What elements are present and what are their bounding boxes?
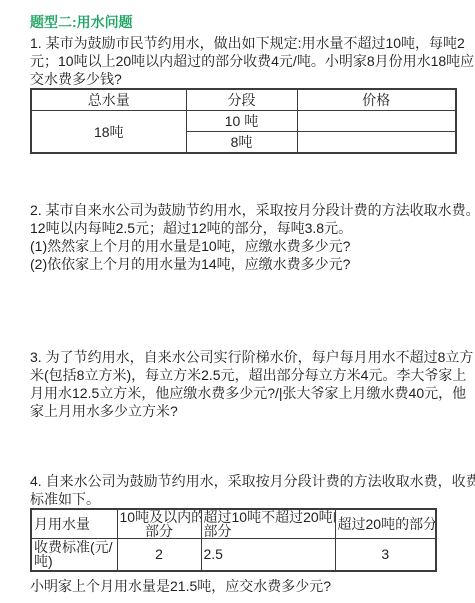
- cell-total-18t: 18吨: [31, 111, 186, 154]
- header-cell-total-water: 总水量: [31, 89, 186, 111]
- problem-3-line-3: 月用水12.5立方米，他应缴水费多少元?/|张大爷家上月缴水费40元，他: [30, 384, 455, 402]
- cell-rate-tier2: 2.5: [201, 539, 335, 571]
- problem-3-text: 3. 为了节约用水，自来水公司实行阶梯水价，每户每月用水不超过8立方 米(包括8…: [30, 348, 455, 420]
- cell-monthly-usage-label: 月用水量: [31, 509, 117, 539]
- cell-tier2-label: 超过10吨不超过20吨的 部分: [201, 509, 335, 539]
- problem-3-line-1: 3. 为了节约用水，自来水公司实行阶梯水价，每户每月用水不超过8立方: [30, 348, 455, 366]
- cell-tier1-label: 10吨及以内的 部分: [117, 509, 201, 539]
- cell-price-empty-1: [297, 111, 456, 132]
- problem-1-water-table: 总水量 分段 价格 18吨 10 吨 8吨: [30, 88, 457, 154]
- rate-table-value-row: 收费标准(元/ 吨) 2 2.5 3: [31, 539, 436, 571]
- worksheet-page: 题型二:用水问题 1. 某市为鼓励市民节约用水，做出如下规定:用水量不超过10吨…: [0, 0, 475, 603]
- cell-segment-10t: 10 吨: [186, 111, 297, 132]
- problem-3-line-2: 米(包括8立方米)，每立方米2.5元，超出部分每立方米4元。李大爷家上: [30, 366, 455, 384]
- problem-4-line-1: 4. 自来水公司为鼓励节约用水，采取按月分段计费的方法收取水费，收费: [30, 472, 455, 490]
- problem-4-question: 小明家上个月用水量是21.5吨，应交水费多少元?: [30, 577, 455, 595]
- problem-2-line-2: 12吨以内每吨2.5元；超过12吨的部分，每吨3.8元。: [30, 219, 455, 237]
- problem-2-question-1: (1)然然家上个月的用水量是10吨，应缴水费多少元?: [30, 237, 455, 255]
- problem-2-text: 2. 某市自来水公司为鼓励节约用水，采取按月分段计费的方法收取水费。 12吨以内…: [30, 201, 455, 273]
- cell-rate-tier1: 2: [117, 539, 201, 571]
- cell-rate-tier3: 3: [335, 539, 436, 571]
- table-header-row: 总水量 分段 价格: [31, 89, 456, 111]
- header-cell-price: 价格: [297, 89, 456, 111]
- cell-segment-8t: 8吨: [186, 132, 297, 154]
- rate-table-header-row: 月用水量 10吨及以内的 部分 超过10吨不超过20吨的 部分 超过20吨的部分: [31, 509, 436, 539]
- problem-4-rate-table: 月用水量 10吨及以内的 部分 超过10吨不超过20吨的 部分 超过20吨的部分…: [30, 508, 437, 572]
- problem-1-line-2: 元；10吨以上20吨以内超过的部分收费4元/吨。小明家8月份用水18吨应: [30, 52, 455, 70]
- cell-price-empty-2: [297, 132, 456, 154]
- page-title: 题型二:用水问题: [30, 13, 455, 31]
- cell-tier3-label: 超过20吨的部分: [335, 509, 436, 539]
- problem-2-line-1: 2. 某市自来水公司为鼓励节约用水，采取按月分段计费的方法收取水费。: [30, 201, 455, 219]
- problem-4-text: 4. 自来水公司为鼓励节约用水，采取按月分段计费的方法收取水费，收费 标准如下。: [30, 472, 455, 508]
- table-row: 18吨 10 吨: [31, 111, 456, 132]
- header-cell-segment: 分段: [186, 89, 297, 111]
- cell-rate-label: 收费标准(元/ 吨): [31, 539, 117, 571]
- problem-1-line-1: 1. 某市为鼓励市民节约用水，做出如下规定:用水量不超过10吨，每吨2: [30, 34, 455, 52]
- problem-1-line-3: 交水费多少钱?: [30, 70, 455, 88]
- problem-4-line-2: 标准如下。: [30, 490, 455, 508]
- problem-2-question-2: (2)依依家上个月的用水量为14吨，应缴水费多少元?: [30, 255, 455, 273]
- problem-3-line-4: 家上月用水多少立方米?: [30, 402, 455, 420]
- problem-1-text: 1. 某市为鼓励市民节约用水，做出如下规定:用水量不超过10吨，每吨2 元；10…: [30, 34, 455, 88]
